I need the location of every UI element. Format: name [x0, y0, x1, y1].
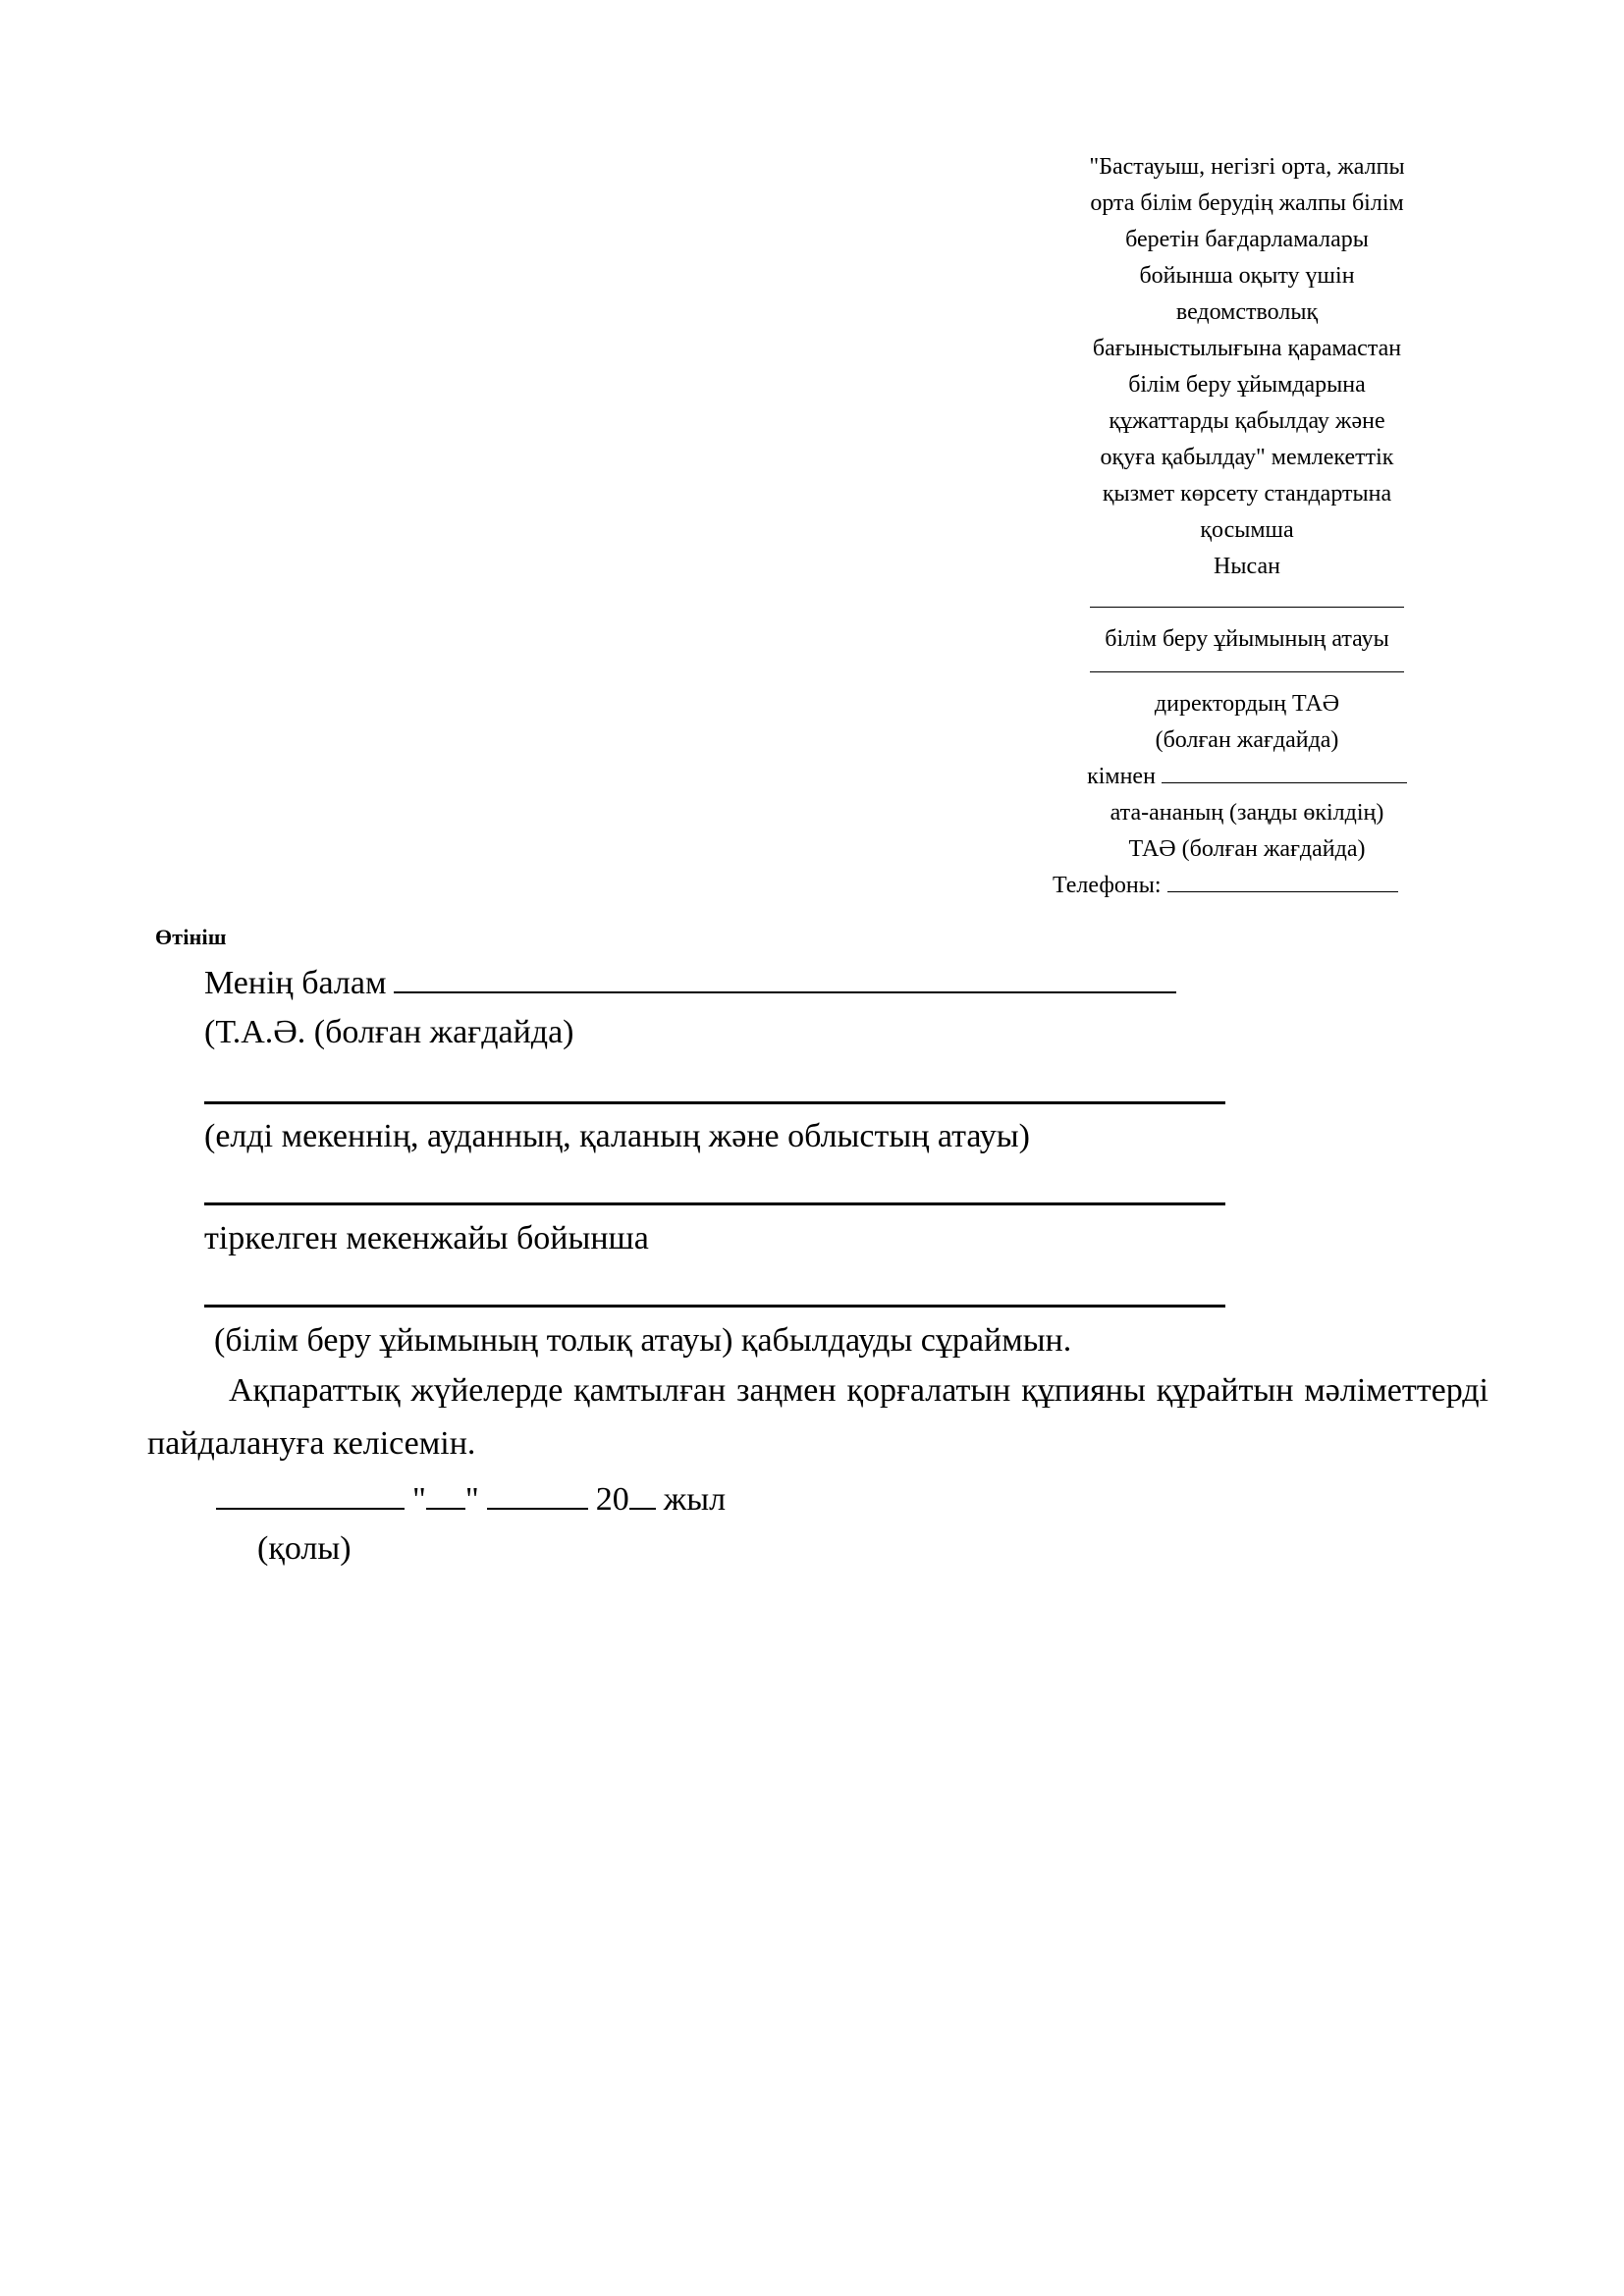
quote-close: "	[465, 1481, 479, 1518]
phone-row: Телефоны:	[1051, 868, 1443, 904]
child-row: Менің балам	[204, 962, 1176, 1003]
from-field[interactable]	[1162, 761, 1407, 783]
signature-date-row: ""20жыл	[216, 1478, 726, 1520]
annex-line: "Бастауыш, негізгі орта, жалпы	[1051, 149, 1443, 186]
address-caption: тіркелген мекенжайы бойынша	[204, 1219, 649, 1258]
annex-line: бағыныстылығына қарамастан	[1051, 331, 1443, 367]
locality-caption: (елді мекеннің, ауданның, қаланың және о…	[204, 1117, 1030, 1156]
child-label: Менің балам	[204, 965, 386, 1001]
annex-header: "Бастауыш, негізгі орта, жалпы орта білі…	[1051, 149, 1443, 904]
consent-paragraph: Ақпараттық жүйелерде қамтылған заңмен қо…	[147, 1364, 1489, 1470]
annex-line: орта білім берудің жалпы білім	[1051, 186, 1443, 222]
annex-line: құжаттарды қабылдау және	[1051, 403, 1443, 440]
year-field[interactable]	[629, 1478, 656, 1510]
quote-open: "	[412, 1481, 426, 1518]
school-name-field[interactable]	[204, 1305, 1225, 1308]
address-field[interactable]	[204, 1202, 1225, 1205]
annex-line: қызмет көрсету стандартына	[1051, 476, 1443, 512]
annex-line: білім беру ұйымдарына	[1051, 367, 1443, 403]
month-field[interactable]	[487, 1478, 588, 1510]
phone-field[interactable]	[1167, 870, 1398, 892]
document-title: Өтініш	[155, 925, 227, 950]
annex-line: бойынша оқыту үшін	[1051, 258, 1443, 294]
annex-line: оқуға қабылдау" мемлекеттік	[1051, 440, 1443, 476]
child-name-field[interactable]	[394, 962, 1176, 993]
child-caption: (Т.А.Ә. (болған жағдайда)	[204, 1013, 574, 1052]
form-label: Нысан	[1051, 549, 1443, 585]
director-caption: директордың ТАӘ	[1051, 686, 1443, 722]
signature-field[interactable]	[216, 1478, 405, 1510]
locality-field[interactable]	[204, 1101, 1225, 1104]
year-suffix: жыл	[664, 1481, 726, 1518]
signature-caption: (қолы)	[257, 1529, 352, 1569]
parent-caption-note: ТАӘ (болған жағдайда)	[1051, 831, 1443, 868]
day-field[interactable]	[426, 1478, 465, 1510]
director-caption-note: (болған жағдайда)	[1051, 722, 1443, 759]
annex-line: ведомстволық	[1051, 294, 1443, 331]
from-label: кімнен	[1087, 764, 1156, 789]
request-line: (білім беру ұйымының толық атауы) қабылд…	[214, 1321, 1071, 1361]
year-prefix: 20	[596, 1481, 629, 1518]
org-name-caption: білім беру ұйымының атауы	[1051, 621, 1443, 658]
annex-line: беретін бағдарламалары	[1051, 222, 1443, 258]
phone-label: Телефоны:	[1053, 873, 1162, 898]
parent-caption: ата-ананың (заңды өкілдің)	[1051, 795, 1443, 831]
annex-line: қосымша	[1051, 512, 1443, 549]
from-row: кімнен	[1051, 759, 1443, 795]
